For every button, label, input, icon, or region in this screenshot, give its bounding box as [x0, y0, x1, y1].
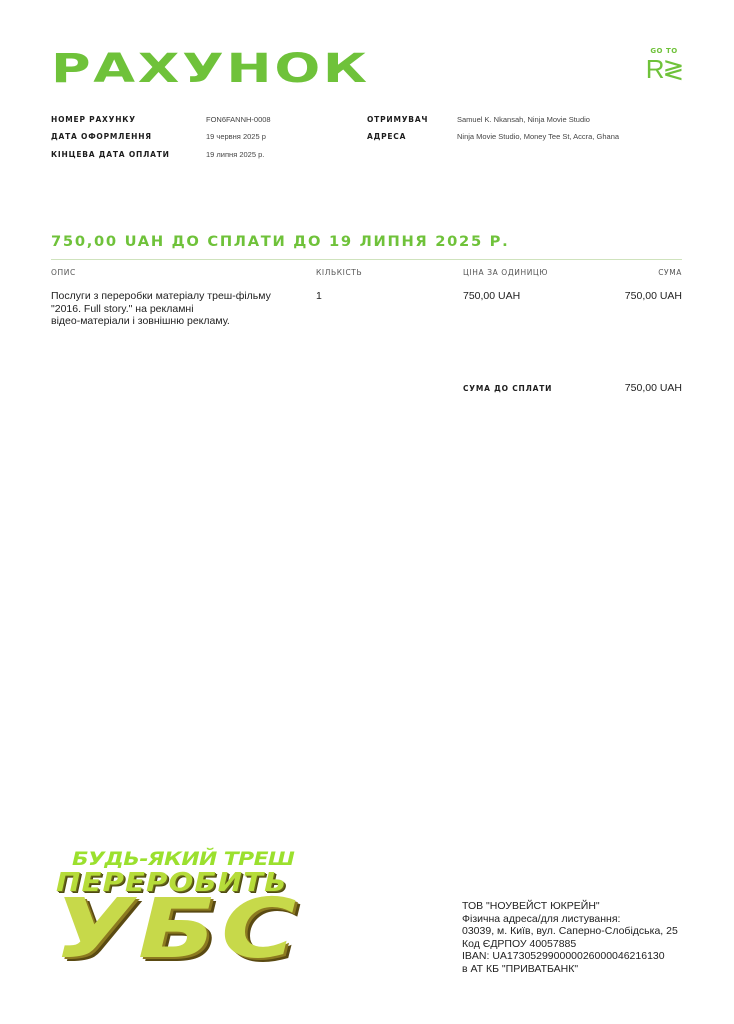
column-description: ОПИС	[51, 268, 76, 277]
recipient-value: Samuel K. Nkansah, Ninja Movie Studio	[457, 115, 590, 124]
column-amount: СУМА	[658, 268, 682, 277]
description-line: відео-матеріали і зовнішню рекламу.	[51, 315, 301, 328]
brand-logo: GO TO R≷	[640, 47, 688, 82]
divider	[51, 259, 682, 260]
column-unit-price: ЦІНА ЗА ОДИНИЦЮ	[463, 268, 548, 277]
total-value: 750,00 UAH	[625, 382, 682, 394]
company-bank: в АТ КБ "ПРИВАТБАНК"	[462, 963, 678, 976]
invoice-number-label: НОМЕР РАХУНКУ	[51, 115, 136, 124]
amount-due-banner: 750,00 UAH ДО СПЛАТИ ДО 19 ЛИПНЯ 2025 Р.	[51, 234, 509, 250]
logo-mark-icon: R≷	[640, 56, 688, 82]
promo-line-1: БУДЬ-ЯКИЙ ТРЕШ	[72, 848, 294, 870]
company-code: Код ЄДРПОУ 40057885	[462, 938, 678, 951]
table-row-quantity: 1	[316, 290, 322, 303]
company-name: ТОВ "НОУВЕЙСТ ЮКРЕЙН"	[462, 900, 678, 913]
column-quantity: КІЛЬКІСТЬ	[316, 268, 362, 277]
company-info: ТОВ "НОУВЕЙСТ ЮКРЕЙН" Фізична адреса/для…	[462, 900, 678, 975]
address-value: Ninja Movie Studio, Money Tee St, Accra,…	[457, 132, 619, 141]
table-row-amount: 750,00 UAH	[625, 290, 682, 303]
promo-graphic: БУДЬ-ЯКИЙ ТРЕШ ПЕРЕРОБИТЬ УБС	[50, 848, 370, 973]
table-row-description: Послуги з переробки матеріалу треш-фільм…	[51, 290, 301, 328]
due-date-value: 19 липня 2025 р.	[206, 150, 264, 159]
promo-line-3: УБС	[54, 886, 301, 974]
invoice-title: РАХУНОК	[51, 46, 370, 92]
company-iban: IBAN: UA173052990000026000046216130	[462, 950, 678, 963]
address-label: АДРЕСА	[367, 132, 406, 141]
description-line: Послуги з переробки матеріалу треш-фільм…	[51, 290, 301, 303]
company-address-label: Фізична адреса/для листування:	[462, 913, 678, 926]
total-label: СУМА ДО СПЛАТИ	[463, 384, 552, 393]
due-date-label: КІНЦЕВА ДАТА ОПЛАТИ	[51, 150, 170, 159]
description-line: "2016. Full story." на рекламні	[51, 303, 301, 316]
recipient-label: ОТРИМУВАЧ	[367, 115, 428, 124]
invoice-number-value: FON6FANNH-0008	[206, 115, 271, 124]
issue-date-label: ДАТА ОФОРМЛЕННЯ	[51, 132, 152, 141]
company-address: 03039, м. Київ, вул. Саперно-Слобідська,…	[462, 925, 678, 938]
issue-date-value: 19 червня 2025 р	[206, 132, 266, 141]
table-row-unit-price: 750,00 UAH	[463, 290, 520, 303]
